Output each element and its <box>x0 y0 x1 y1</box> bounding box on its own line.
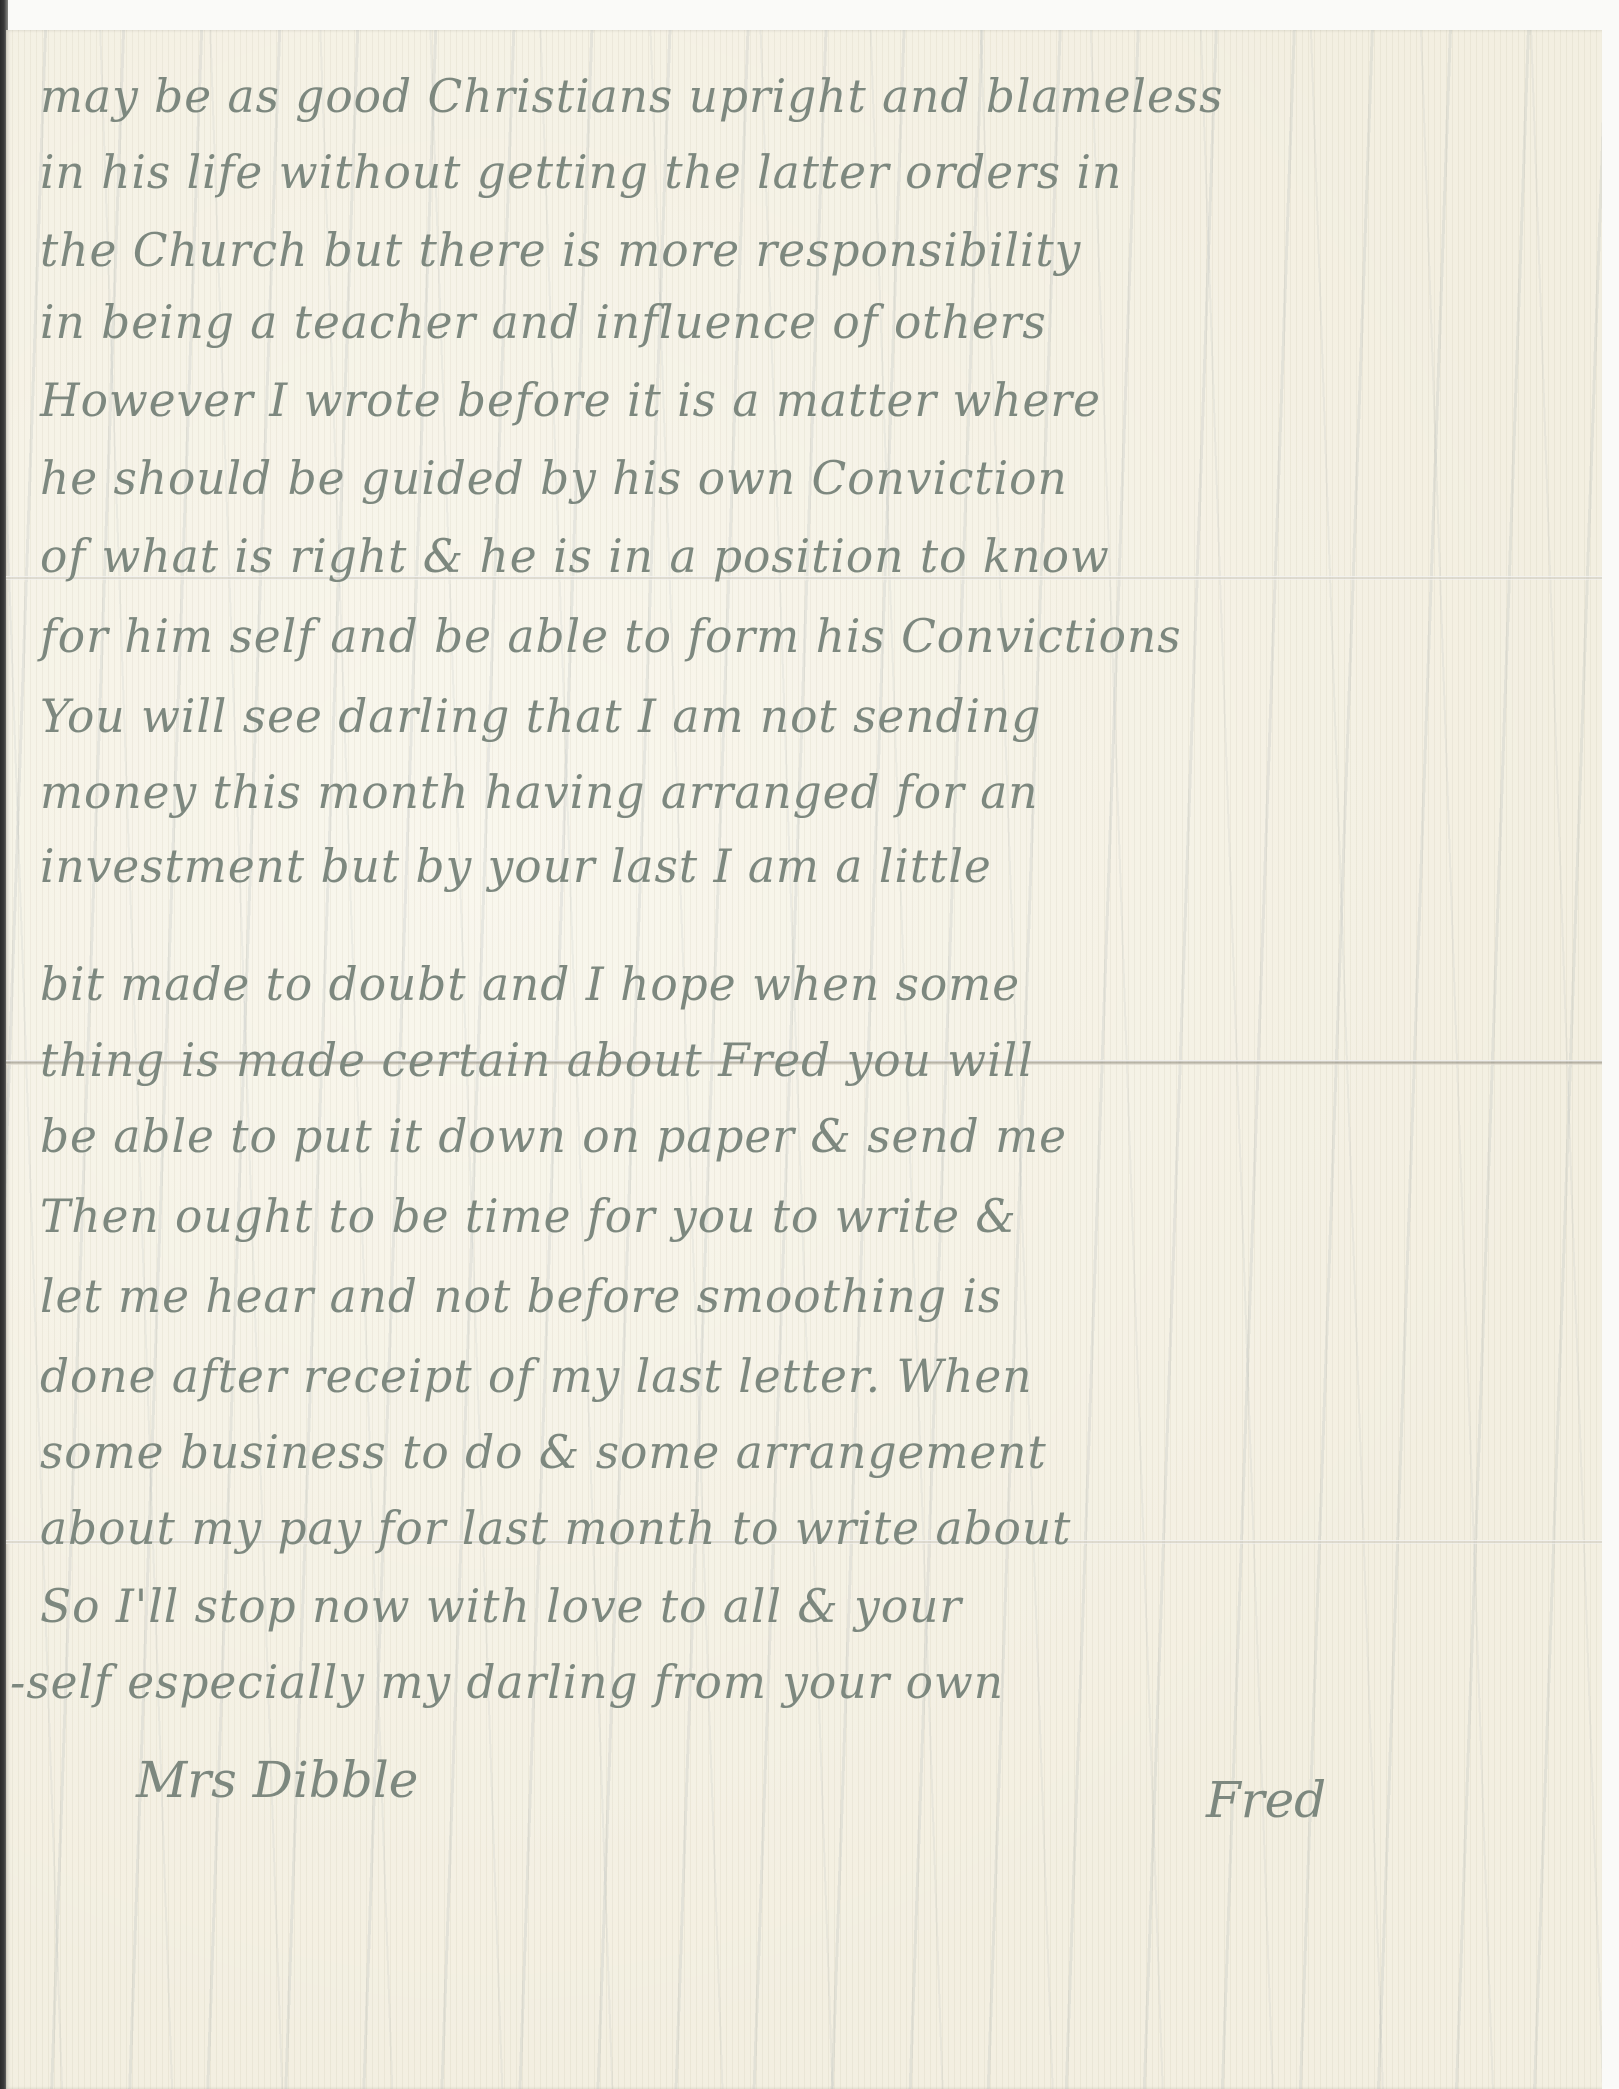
letter-line-18: some business to do & some arrangement <box>40 1422 1580 1482</box>
letter-line-3: the Church but there is more responsibil… <box>40 220 1580 280</box>
letter-line-13: thing is made certain about Fred you wil… <box>40 1030 1580 1090</box>
letter-line-4: in being a teacher and influence of othe… <box>40 292 1580 352</box>
signature-name: Fred <box>1206 1770 1326 1830</box>
letter-line-19: about my pay for last month to write abo… <box>40 1498 1580 1558</box>
letter-line-7: of what is right & he is in a position t… <box>40 526 1580 586</box>
letter-line-6: he should be guided by his own Convictio… <box>40 448 1580 508</box>
letter-line-14: be able to put it down on paper & send m… <box>40 1106 1580 1166</box>
letter-line-21: -self especially my darling from your ow… <box>10 1652 1550 1712</box>
letter-line-17: done after receipt of my last letter. Wh… <box>40 1346 1580 1406</box>
letter-line-12: bit made to doubt and I hope when some <box>40 954 1580 1014</box>
letter-line-20: So I'll stop now with love to all & your <box>40 1576 1580 1636</box>
letter-line-1: may be as good Christians upright and bl… <box>40 66 1580 126</box>
letter-line-11: investment but by your last I am a littl… <box>40 836 1580 896</box>
signature-addressee: Mrs Dibble <box>136 1750 418 1810</box>
letter-line-2: in his life without getting the latter o… <box>40 142 1580 202</box>
letter-line-9: You will see darling that I am not sendi… <box>40 686 1580 746</box>
letter-line-16: let me hear and not before smoothing is <box>40 1266 1580 1326</box>
letter-line-15: Then ought to be time for you to write & <box>40 1186 1580 1246</box>
letter-line-10: money this month having arranged for an <box>40 762 1580 822</box>
letter-page: may be as good Christians upright and bl… <box>6 30 1602 2089</box>
letter-line-5: However I wrote before it is a matter wh… <box>40 370 1580 430</box>
letter-line-8: for him self and be able to form his Con… <box>40 606 1580 666</box>
